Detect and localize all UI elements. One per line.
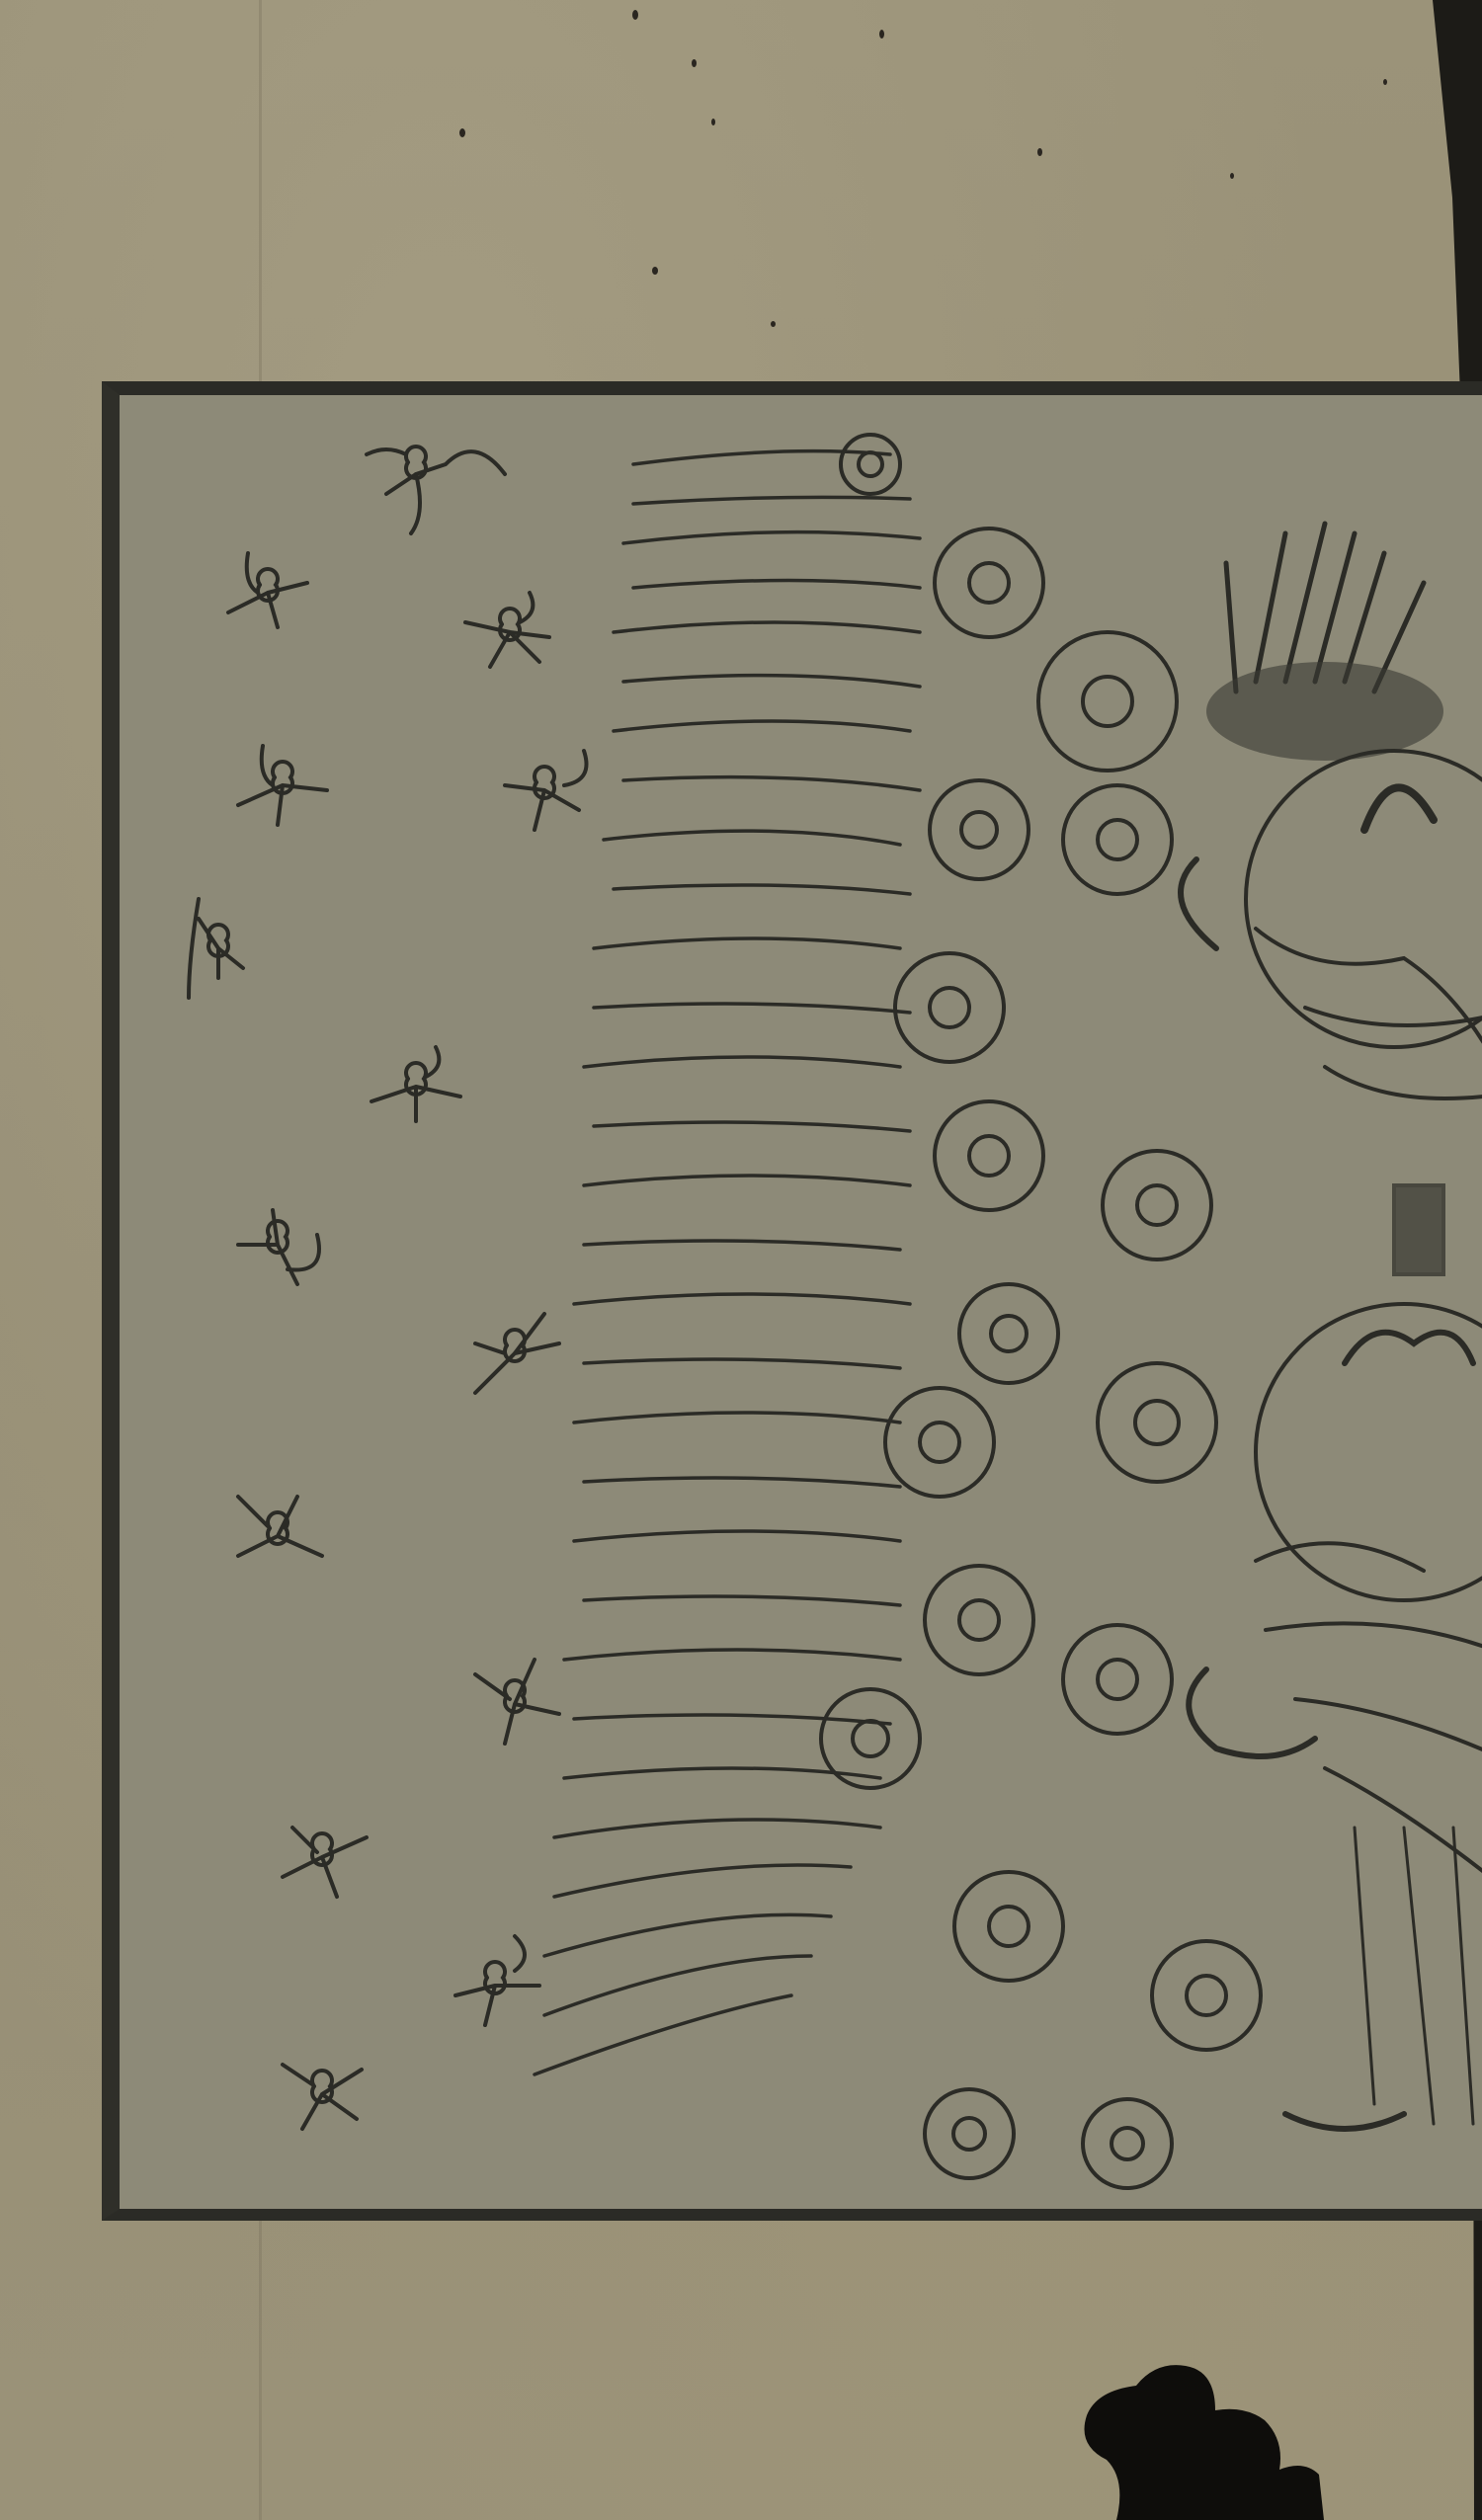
pagoda-bell-icon (1394, 1185, 1443, 1274)
deity-halo-upper (1181, 751, 1482, 1098)
illustration (120, 395, 1482, 2209)
floral-sprig-icons (189, 447, 587, 2129)
crest-figure-top (1206, 524, 1443, 761)
wind-streaks (535, 451, 920, 2074)
deity-figures (1181, 524, 1482, 2129)
book-page (0, 0, 1482, 2520)
deity-halo-lower (1189, 1304, 1482, 2129)
worm-hole-damage (1077, 2361, 1334, 2520)
print-frame (102, 381, 1482, 2221)
cloud-swirls (821, 435, 1261, 2188)
